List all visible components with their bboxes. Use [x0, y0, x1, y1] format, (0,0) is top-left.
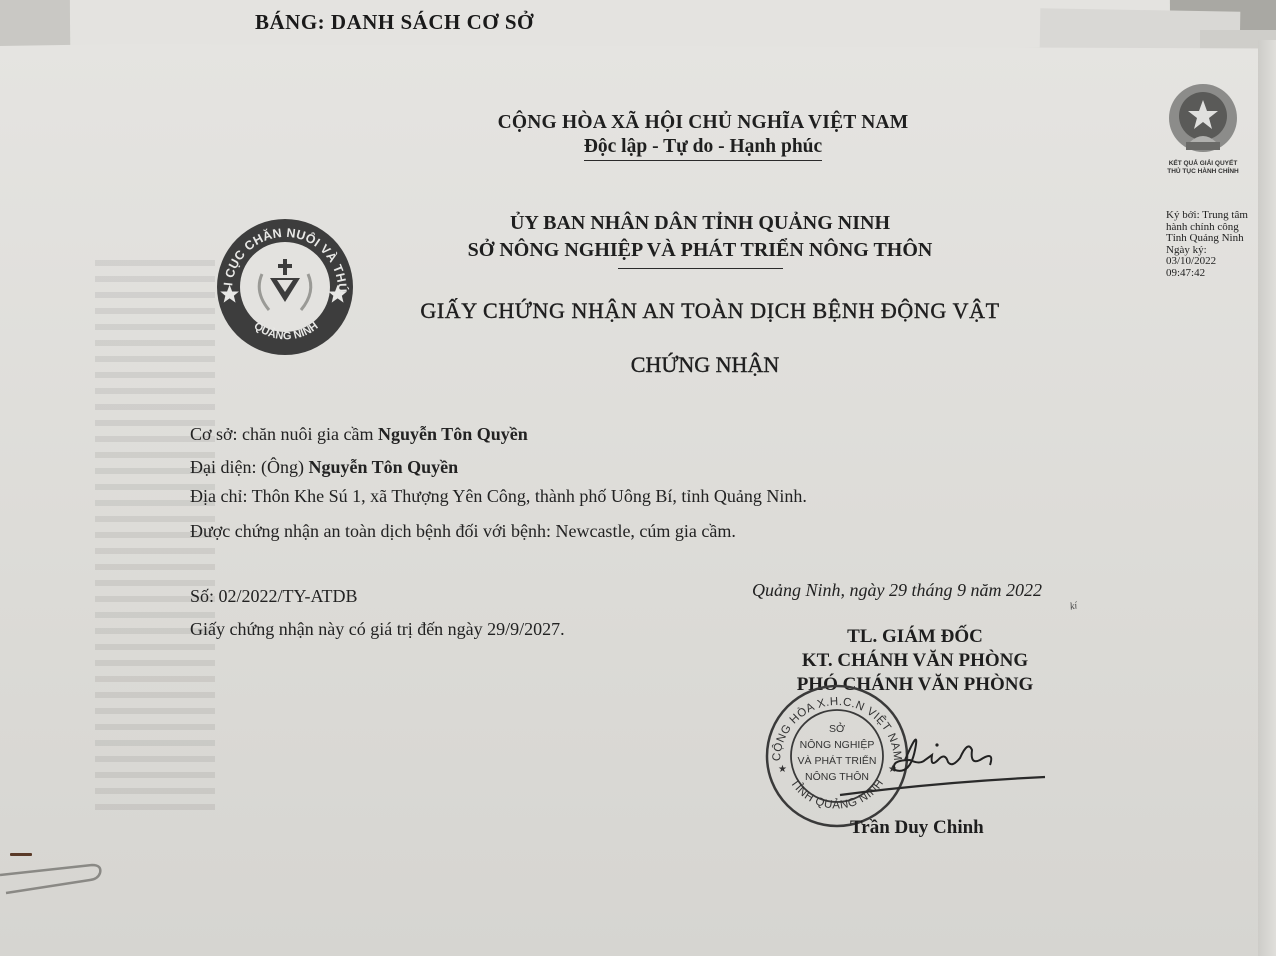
facility-name: Nguyễn Tôn Quyền: [378, 424, 528, 444]
background-page-title-text: BÁNG: DANH SÁCH CƠ SỞ: [255, 10, 534, 34]
certificate-title: GIẤY CHỨNG NHẬN AN TOÀN DỊCH BỆNH ĐỘNG V…: [380, 298, 1040, 324]
emblem-caption: KẾT QUẢ GIẢI QUYẾT THỦ TỤC HÀNH CHÍNH: [1160, 160, 1246, 175]
background-page-title: BÁNG: DANH SÁCH CƠ SỞ: [255, 10, 534, 35]
agency-line-2: SỞ NÔNG NGHIỆP VÀ PHÁT TRIỂN NÔNG THÔN: [400, 239, 1000, 262]
facility-label: Cơ sở: chăn nuôi gia cầm: [190, 424, 378, 444]
validity-line: Giấy chứng nhận này có giá trị đến ngày …: [190, 619, 565, 640]
signing-title-1: TL. GIÁM ĐỐC: [760, 626, 1070, 648]
background-desk: [0, 0, 70, 50]
certificate-number: Số: 02/2022/TY-ATDB: [190, 586, 358, 607]
signing-title-2: KT. CHÁNH VĂN PHÒNG: [760, 650, 1070, 672]
facility-line: Cơ sở: chăn nuôi gia cầm Nguyễn Tôn Quyề…: [190, 424, 528, 445]
page-stack-edge: [1258, 40, 1276, 956]
sign-date: 03/10/2022: [1166, 256, 1266, 268]
emblem-caption-line-2: THỦ TỤC HÀNH CHÍNH: [1160, 168, 1246, 176]
motto-text: Độc lập - Tự do - Hạnh phúc: [584, 136, 822, 161]
address-line: Địa chỉ: Thôn Khe Sú 1, xã Thượng Yên Cô…: [190, 486, 807, 507]
digital-signature-info: Ký bởi: Trung tâm hành chính công Tỉnh Q…: [1166, 210, 1266, 279]
sign-time: 09:47:42: [1166, 268, 1266, 280]
representative-name: Nguyễn Tôn Quyền: [308, 457, 458, 477]
handwritten-signature-icon: [820, 720, 1060, 810]
representative-label: Đại diện: (Ông): [190, 457, 308, 477]
paperclip-icon: [0, 855, 110, 900]
certified-diseases-line: Được chứng nhận an toàn dịch bệnh đối vớ…: [190, 521, 736, 542]
veterinary-seal-icon: CHI CỤC CHĂN NUÔI VÀ THÚ Y QUẢNG NINH: [214, 212, 356, 358]
representative-line: Đại diện: (Ông) Nguyễn Tôn Quyền: [190, 457, 458, 478]
agency-underline: [618, 268, 783, 269]
signed-by-line: Tỉnh Quảng Ninh: [1166, 233, 1266, 245]
signed-by-line: Ký bởi: Trung tâm: [1166, 210, 1266, 222]
nation-heading: CỘNG HÒA XÃ HỘI CHỦ NGHĨA VIỆT NAM: [430, 112, 976, 134]
rust-speck-icon: [5, 850, 45, 860]
place-date: Quảng Ninh, ngày 29 tháng 9 năm 2022: [752, 580, 1042, 601]
svg-text:★: ★: [778, 764, 787, 775]
signer-name: Trần Duy Chinh: [850, 817, 984, 839]
certificate-subtitle: CHỨNG NHẬN: [550, 352, 860, 378]
motto: Độc lập - Tự do - Hạnh phúc: [430, 136, 976, 161]
emblem-caption-line-1: KẾT QUẢ GIẢI QUYẾT: [1160, 160, 1246, 168]
agency-line-1: ỦY BAN NHÂN DÂN TỈNH QUẢNG NINH: [400, 212, 1000, 235]
